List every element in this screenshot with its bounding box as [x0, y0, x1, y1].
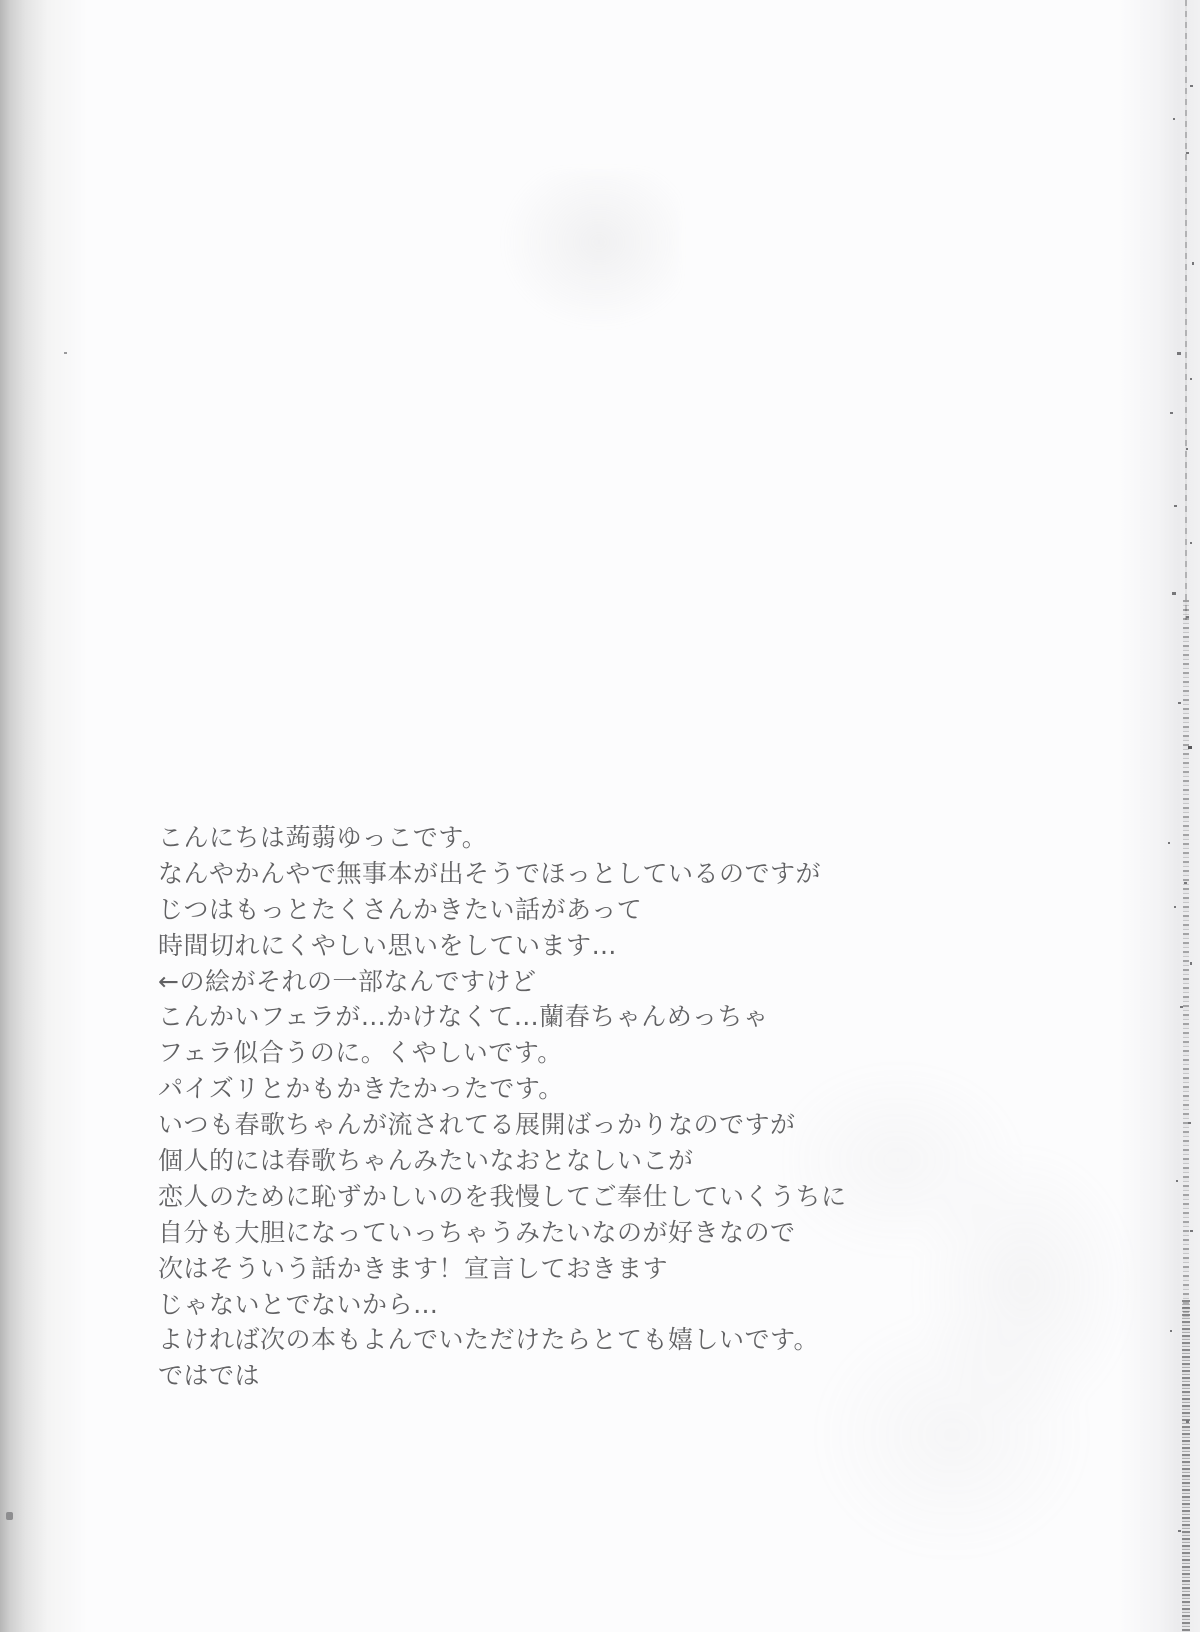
afterword-line: こんかいフェラが…かけなくて…蘭春ちゃんめっちゃ [158, 999, 918, 1035]
scan-smudge [6, 1512, 13, 1520]
book-edge-line-top [1185, 0, 1187, 620]
scan-speck [1186, 1420, 1189, 1423]
scan-speck [1190, 542, 1192, 544]
scan-speck [64, 352, 67, 354]
scan-speck [1177, 352, 1181, 355]
scan-speck [1174, 906, 1176, 908]
scan-speck [1184, 882, 1187, 884]
afterword-line: 自分も大胆になっていっちゃうみたいなのが好きなので [158, 1215, 918, 1251]
scan-speck [1186, 616, 1189, 618]
afterword-line: なんやかんやで無事本が出そうでほっとしているのですが [158, 856, 918, 892]
afterword-line: こんにちは蒟蒻ゆっこです。 [158, 820, 918, 856]
afterword-line: 恋人のために恥ずかしいのを我慢してご奉仕していくうちに [158, 1179, 918, 1215]
scan-speck [1170, 412, 1173, 414]
scan-speck [1170, 1330, 1172, 1332]
scan-speck [1173, 118, 1175, 120]
afterword-line: いつも春歌ちゃんが流されてる展開ばっかりなのですが [158, 1107, 918, 1143]
scan-speck [1190, 378, 1192, 380]
scan-speck [1178, 1530, 1181, 1532]
book-edge-line-bottom [1182, 1300, 1190, 1632]
afterword-line: じつはもっとたくさんかきたい話があって [158, 892, 918, 928]
scan-speck [1190, 85, 1193, 87]
scan-speck [1174, 505, 1177, 507]
scan-speck [1178, 702, 1181, 704]
afterword-line: 個人的には春歌ちゃんみたいなおとなしいこが [158, 1143, 918, 1179]
scan-speck [1190, 962, 1192, 965]
afterword-line: 時間切れにくやしい思いをしています… [158, 928, 918, 964]
scan-speck [1192, 262, 1194, 265]
scan-speck [1180, 1006, 1183, 1008]
afterword-line: ←の絵がそれの一部なんですけど [158, 964, 918, 1000]
ink-showthrough-spot [500, 170, 680, 330]
scan-speck [1190, 1230, 1193, 1232]
scan-speck [1186, 152, 1189, 154]
scan-speck [1176, 1180, 1178, 1182]
page-gutter-shadow [0, 0, 90, 1632]
afterword-line: じゃないとでないから… [158, 1287, 918, 1323]
afterword-line: 次はそういう話かきます！宣言しておきます [158, 1251, 918, 1287]
afterword-line: ではでは [158, 1358, 918, 1394]
scan-speck [1186, 448, 1188, 450]
scanned-afterword-page: こんにちは蒟蒻ゆっこです。なんやかんやで無事本が出そうでほっとしているのですがじ… [0, 0, 1200, 1632]
book-edge-line-middle [1183, 600, 1189, 1320]
afterword-line: パイズリとかもかきたかったです。 [158, 1071, 918, 1107]
scan-speck [1188, 746, 1192, 749]
scan-speck [1188, 1122, 1191, 1124]
scan-speck [1168, 842, 1170, 844]
afterword-line: フェラ似合うのに。くやしいです。 [158, 1035, 918, 1071]
afterword-text-block: こんにちは蒟蒻ゆっこです。なんやかんやで無事本が出そうでほっとしているのですがじ… [158, 820, 918, 1394]
afterword-line: よければ次の本もよんでいただけたらとても嬉しいです。 [158, 1322, 918, 1358]
scan-speck [1172, 592, 1176, 595]
